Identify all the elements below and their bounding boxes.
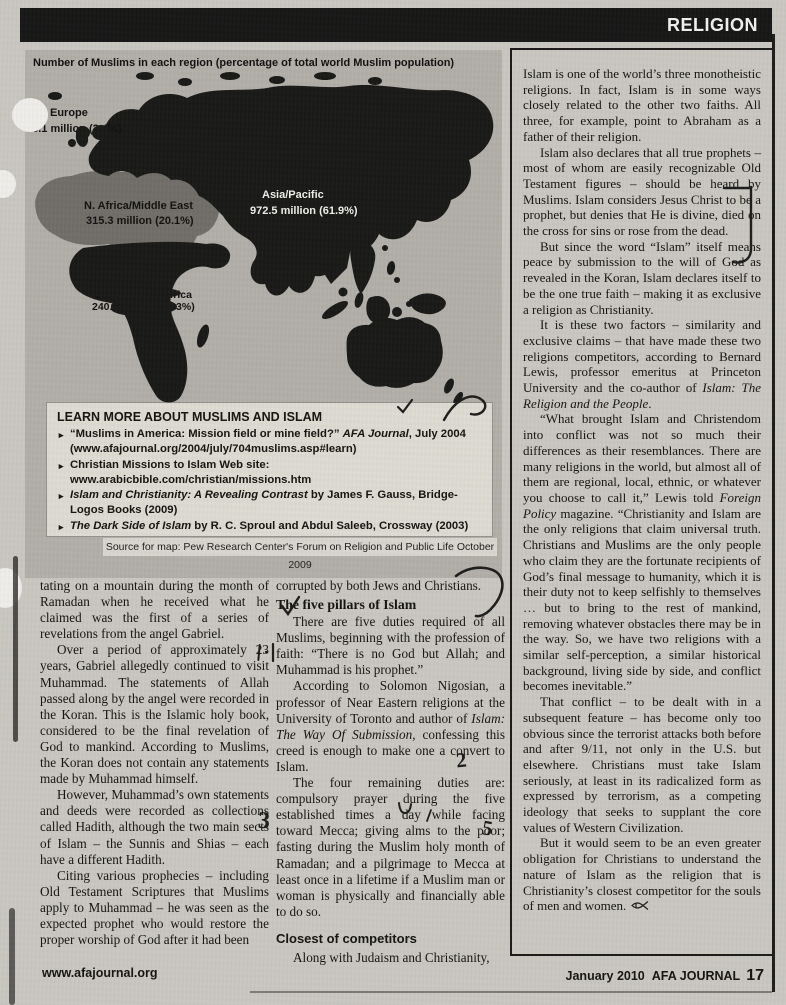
article-column-2: corrupted by both Jews and Christians. T… (276, 578, 505, 966)
paragraph: There are five duties required of all Mu… (276, 614, 505, 678)
subheading-closest-competitors: Closest of competitors (276, 931, 505, 946)
paragraph: But it would seem to be an even greater … (523, 835, 761, 914)
pen-stroke-after-23 (254, 643, 264, 663)
map-label-nafrica-name: N. Africa/Middle East (84, 200, 193, 212)
learn-more-box: LEARN MORE ABOUT MUSLIMS AND ISLAM ►“Mus… (47, 403, 492, 536)
learn-more-title: LEARN MORE ABOUT MUSLIMS AND ISLAM (57, 410, 482, 424)
item-title: AFA Journal (343, 428, 409, 440)
bullet-arrow-icon: ► (57, 428, 65, 443)
hole-punch (12, 98, 48, 132)
item-text: by R. C. Sproul and Abdul Saleeb, Crossw… (191, 520, 468, 532)
landmass-new-guinea (409, 293, 446, 314)
landmass-madagascar (195, 323, 212, 349)
map-label-asia-name: Asia/Pacific (262, 189, 324, 201)
item-text: Christian Missions to Islam Web site: ww… (70, 459, 311, 486)
hole-punch (0, 568, 22, 608)
paragraph: Islam is one of the world’s three monoth… (523, 66, 761, 145)
pen-curl-large (438, 386, 494, 428)
section-header-bar: RELIGION (20, 8, 772, 42)
pen-checkmark (279, 594, 303, 618)
map-label-nafrica-value: 315.3 million (20.1%) (86, 215, 194, 227)
magazine-page: RELIGION Number of Muslims in each regio… (0, 0, 786, 1005)
paragraph-text: magazine. “Christianity and Islam are th… (523, 506, 761, 694)
footer-page-number: 17 (746, 967, 764, 984)
item-text: “Muslims in America: Mission field or mi… (70, 428, 343, 440)
bullet-arrow-icon: ► (57, 520, 65, 535)
paragraph: The four remaining duties are: compulsor… (276, 775, 505, 920)
scan-streak (13, 556, 18, 742)
page-edge-line (250, 991, 772, 993)
map-label-asia-value: 972.5 million (61.9%) (250, 205, 358, 217)
paragraph: Over a period of approximately 23 years,… (40, 642, 269, 787)
landmass-indochina (350, 238, 375, 294)
learn-more-item: ►The Dark Side of Islam by R. C. Sproul … (57, 519, 482, 534)
pen-tick-mark (424, 808, 434, 824)
pen-swoosh-mark (450, 560, 510, 622)
footer-website: www.afajournal.org (42, 966, 158, 980)
scan-streak (9, 908, 15, 1005)
landmass-australia (347, 317, 443, 388)
landmass-philippines (386, 260, 396, 275)
page-edge-line (772, 34, 775, 992)
pen-curl-small (395, 396, 415, 416)
paragraph: Citing various prophecies – including Ol… (40, 868, 269, 948)
footer-issue-line: January 2010AFA JOURNAL17 (566, 967, 764, 985)
landmass-sumatra (320, 298, 351, 322)
pen-margin-bracket (716, 183, 760, 271)
paragraph-text: . (648, 396, 651, 411)
footer-journal: AFA JOURNAL (652, 969, 740, 983)
pen-pillar-one-mark (263, 642, 279, 664)
world-map (25, 72, 502, 405)
ichthys-end-mark-icon (630, 900, 652, 911)
land-patch (92, 125, 109, 140)
paragraph: Along with Judaism and Christianity, (276, 950, 505, 966)
paragraph: It is these two factors – similarity and… (523, 317, 761, 411)
section-title: RELIGION (667, 15, 758, 36)
map-label-europe-name: Europe (50, 107, 88, 119)
item-title: Islam and Christianity: A Revealing Cont… (70, 489, 308, 501)
map-source-note: Source for map: Pew Research Center's Fo… (103, 538, 497, 556)
footer-issue: January 2010 (566, 969, 645, 983)
paragraph: “What brought Islam and Christendom into… (523, 411, 761, 694)
bullet-arrow-icon: ► (57, 489, 65, 504)
land-patch (76, 126, 90, 139)
item-title: The Dark Side of Islam (70, 520, 191, 532)
learn-more-item: ►Christian Missions to Islam Web site: w… (57, 458, 482, 489)
landmass-africa (69, 242, 230, 403)
paragraph: tating on a mountain during the month of… (40, 578, 269, 642)
paragraph: According to Solomon Nigosian, a profess… (276, 678, 505, 775)
paragraph: However, Muhammad’s own statements and d… (40, 787, 269, 867)
bullet-arrow-icon: ► (57, 459, 65, 474)
landmass-sri-lanka (339, 288, 348, 297)
pen-numeral-3: 3 (257, 808, 271, 836)
hole-punch (0, 170, 16, 198)
paragraph: That conflict – to be dealt with in a su… (523, 694, 761, 835)
article-column-1: tating on a mountain during the month of… (40, 578, 269, 948)
learn-more-item: ►“Muslims in America: Mission field or m… (57, 427, 482, 458)
learn-more-item: ►Islam and Christianity: A Revealing Con… (57, 488, 482, 519)
arctic-islands (136, 72, 154, 80)
map-title: Number of Muslims in each region (percen… (33, 57, 495, 70)
pen-caret-mark (396, 800, 414, 818)
